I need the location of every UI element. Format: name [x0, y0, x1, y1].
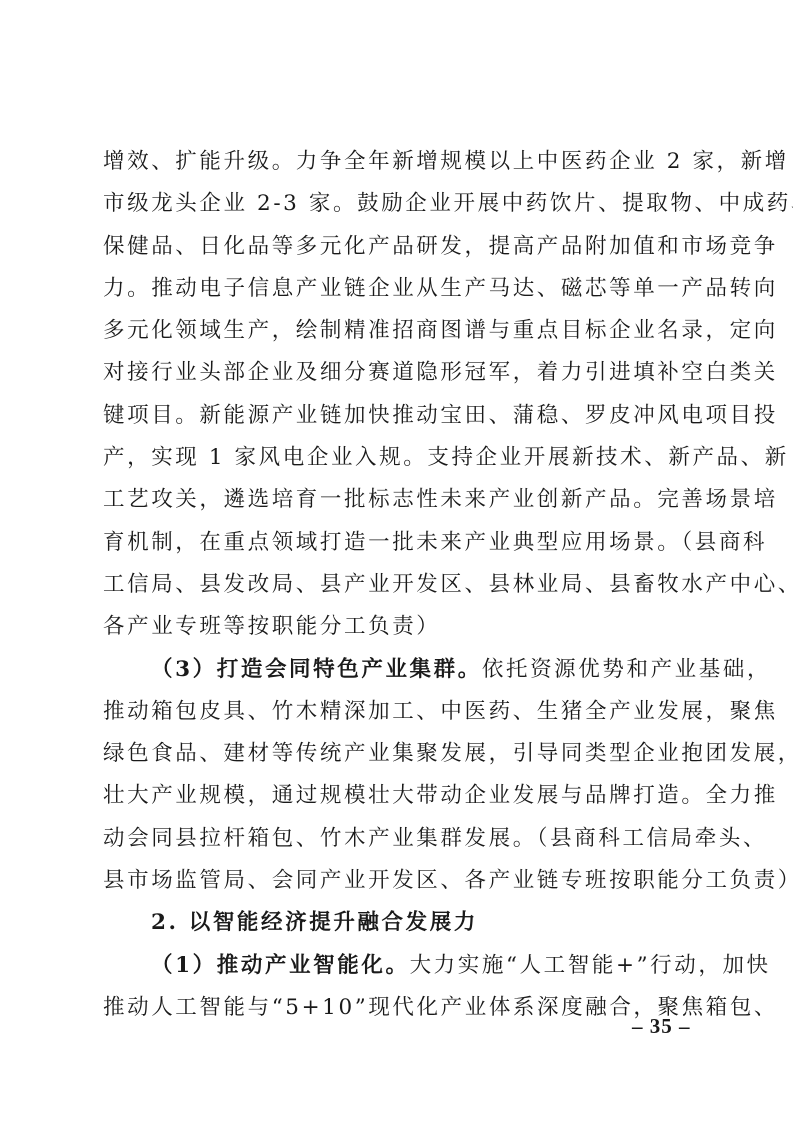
section-3-first-line: （3）打造会同特色产业集群。依托资源优势和产业基础，: [103, 649, 695, 691]
section-heading-2: 2. 以智能经济提升融合发展力: [103, 902, 695, 944]
paragraph-line: 保健品、日化品等多元化产品研发，提高产品附加值和市场竞争: [103, 226, 695, 268]
paragraph-line: 推动人工智能与“5+10”现代化产业体系深度融合，聚焦箱包、: [103, 987, 695, 1029]
paragraph-line: 增效、扩能升级。力争全年新增规模以上中医药企业 2 家，新增: [103, 141, 695, 183]
paragraph-line: 县市场监管局、会同产业开发区、各产业链专班按职能分工负责）: [103, 860, 695, 902]
paragraph-line: 产，实现 1 家风电企业入规。支持企业开展新技术、新产品、新: [103, 437, 695, 479]
paragraph-line: 壮大产业规模，通过规模壮大带动企业发展与品牌打造。全力推: [103, 775, 695, 817]
paragraph-line: 市级龙头企业 2-3 家。鼓励企业开展中药饮片、提取物、中成药、: [103, 183, 695, 225]
paragraph-line: 推动箱包皮具、竹木精深加工、中医药、生猪全产业发展，聚焦: [103, 691, 695, 733]
paragraph-line: 力。推动电子信息产业链企业从生产马达、磁芯等单一产品转向: [103, 268, 695, 310]
page-number: – 35 –: [632, 1014, 691, 1039]
paragraph-line: 绿色食品、建材等传统产业集聚发展，引导同类型企业抱团发展，: [103, 733, 695, 775]
section-2-1-first-line: （1）推动产业智能化。大力实施“人工智能+”行动，加快: [103, 945, 695, 987]
section-3-heading: （3）打造会同特色产业集群。: [151, 657, 482, 682]
paragraph-line: 育机制，在重点领域打造一批未来产业典型应用场景。（县商科: [103, 522, 695, 564]
paragraph-line: 动会同县拉杆箱包、竹木产业集群发展。（县商科工信局牵头、: [103, 818, 695, 860]
paragraph-line: 多元化领域生产，绘制精准招商图谱与重点目标企业名录，定向: [103, 310, 695, 352]
paragraph-line: 各产业专班等按职能分工负责）: [103, 606, 695, 648]
section-2-1-text: 大力实施“人工智能+”行动，加快: [410, 953, 771, 978]
paragraph-line: 工艺攻关，遴选培育一批标志性未来产业创新产品。完善场景培: [103, 479, 695, 521]
section-2-1-heading: （1）推动产业智能化。: [151, 953, 410, 978]
paragraph-line: 工信局、县发改局、县产业开发区、县林业局、县畜牧水产中心、: [103, 564, 695, 606]
section-3-text: 依托资源优势和产业基础，: [482, 657, 771, 682]
document-body: 增效、扩能升级。力争全年新增规模以上中医药企业 2 家，新增 市级龙头企业 2-…: [103, 141, 695, 1029]
paragraph-line: 键项目。新能源产业链加快推动宝田、蒲稳、罗皮冲风电项目投: [103, 395, 695, 437]
paragraph-line: 对接行业头部企业及细分赛道隐形冠军，着力引进填补空白类关: [103, 352, 695, 394]
